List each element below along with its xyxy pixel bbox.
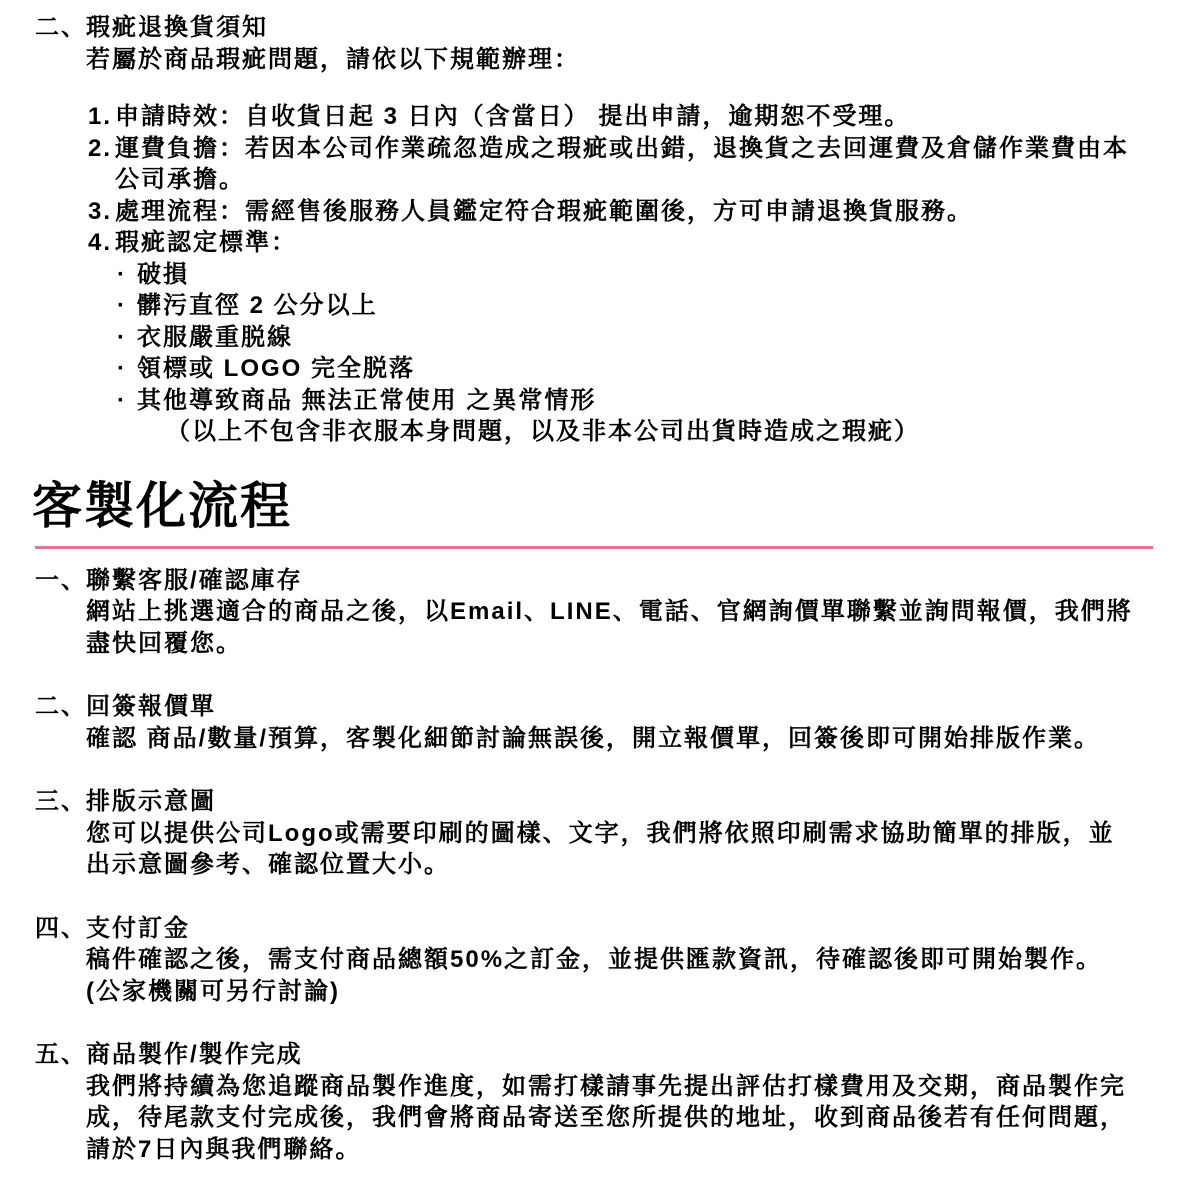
step-1-number: 一、 <box>35 565 86 597</box>
pink-divider <box>35 546 1153 549</box>
step-3: 三、 排版示意圖 您可以提供公司Logo或需要印刷的圖樣、文字，我們將依照印刷需… <box>35 786 1153 881</box>
defect-item-2: 2. 運費負擔：若因本公司作業疏忽造成之瑕疵或出錯，退換貨之去回運費及倉儲作業費… <box>88 133 1153 196</box>
defect-section: 二、 瑕疵退換貨須知 若屬於商品瑕疵問題，請依以下規範辦理： 1. 申請時效：自… <box>35 12 1153 448</box>
step-1-header: 一、 聯繫客服/確認庫存 <box>35 565 1153 597</box>
step-4: 四、 支付訂金 稿件確認之後，需支付商品總額50%之訂金，並提供匯款資訊，待確認… <box>35 913 1153 1008</box>
defect-bullet-3-text: 衣服嚴重脱線 <box>137 322 293 354</box>
step-5-header: 五、 商品製作/製作完成 <box>35 1039 1153 1071</box>
step-5-body: 我們將持續為您追蹤商品製作進度，如需打樣請事先提出評估打樣費用及交期，商品製作完… <box>86 1071 1153 1166</box>
step-5: 五、 商品製作/製作完成 我們將持續為您追蹤商品製作進度，如需打樣請事先提出評估… <box>35 1039 1153 1165</box>
defect-section-header: 二、 瑕疵退換貨須知 <box>35 12 1153 44</box>
document-page: 二、 瑕疵退換貨須知 若屬於商品瑕疵問題，請依以下規範辦理： 1. 申請時效：自… <box>0 0 1181 1181</box>
defect-bullet-1-text: 破損 <box>137 259 189 291</box>
step-1-title: 聯繫客服/確認庫存 <box>86 565 303 597</box>
defect-item-1-text: 申請時效：自收貨日起 3 日內（含當日） 提出申請，逾期恕不受理。 <box>115 101 910 133</box>
defect-item-4-number: 4. <box>88 227 115 259</box>
step-2-number: 二、 <box>35 691 86 723</box>
defect-bullet-4: · 領標或 LOGO 完全脱落 <box>117 353 1153 385</box>
defect-bullet-note: （以上不包含非衣服本身問題，以及非本公司出貨時造成之瑕疵） <box>166 416 1153 448</box>
step-2: 二、 回簽報價單 確認 商品/數量/預算，客製化細節討論無誤後，開立報價單，回簽… <box>35 691 1153 754</box>
step-3-title: 排版示意圖 <box>86 786 216 818</box>
defect-section-number: 二、 <box>35 12 86 44</box>
bullet-dot-icon: · <box>117 385 137 417</box>
step-4-header: 四、 支付訂金 <box>35 913 1153 945</box>
step-4-body: 稿件確認之後，需支付商品總額50%之訂金，並提供匯款資訊，待確認後即可開始製作。… <box>86 944 1153 1007</box>
defect-bullet-list: · 破損 · 髒污直徑 2 公分以上 · 衣服嚴重脱線 · 領標或 LOGO 完… <box>117 259 1153 448</box>
step-3-body: 您可以提供公司Logo或需要印刷的圖樣、文字，我們將依照印刷需求協助簡單的排版，… <box>86 818 1153 881</box>
defect-bullet-1: · 破損 <box>117 259 1153 291</box>
defect-bullet-2-text: 髒污直徑 2 公分以上 <box>137 290 378 322</box>
step-4-title: 支付訂金 <box>86 913 190 945</box>
defect-item-1: 1. 申請時效：自收貨日起 3 日內（含當日） 提出申請，逾期恕不受理。 <box>88 101 1153 133</box>
step-1-body: 網站上挑選適合的商品之後，以Email、LINE、電話、官網詢價單聯繫並詢問報價… <box>86 596 1153 659</box>
step-4-number: 四、 <box>35 913 86 945</box>
bullet-dot-icon: · <box>117 290 137 322</box>
defect-item-2-text: 運費負擔：若因本公司作業疏忽造成之瑕疵或出錯，退換貨之去回運費及倉儲作業費由本 … <box>115 133 1129 196</box>
defect-bullet-5-text: 其他導致商品 無法正常使用 之異常情形 <box>137 385 596 417</box>
customization-steps: 一、 聯繫客服/確認庫存 網站上挑選適合的商品之後，以Email、LINE、電話… <box>35 565 1153 1166</box>
step-5-number: 五、 <box>35 1039 86 1071</box>
step-2-body: 確認 商品/數量/預算，客製化細節討論無誤後，開立報價單，回簽後即可開始排版作業… <box>86 723 1153 755</box>
step-5-title: 商品製作/製作完成 <box>86 1039 303 1071</box>
step-3-header: 三、 排版示意圖 <box>35 786 1153 818</box>
bullet-dot-icon: · <box>117 259 137 291</box>
defect-item-3: 3. 處理流程：需經售後服務人員鑑定符合瑕疵範圍後，方可申請退換貨服務。 <box>88 196 1153 228</box>
defect-numbered-list: 1. 申請時效：自收貨日起 3 日內（含當日） 提出申請，逾期恕不受理。 2. … <box>88 101 1153 448</box>
step-2-header: 二、 回簽報價單 <box>35 691 1153 723</box>
defect-section-title: 瑕疵退換貨須知 <box>86 12 268 44</box>
defect-item-3-number: 3. <box>88 196 115 228</box>
defect-item-3-text: 處理流程：需經售後服務人員鑑定符合瑕疵範圍後，方可申請退換貨服務。 <box>115 196 973 228</box>
bullet-dot-icon: · <box>117 353 137 385</box>
step-1: 一、 聯繫客服/確認庫存 網站上挑選適合的商品之後，以Email、LINE、電話… <box>35 565 1153 660</box>
defect-bullet-3: · 衣服嚴重脱線 <box>117 322 1153 354</box>
bullet-dot-icon: · <box>117 322 137 354</box>
step-2-title: 回簽報價單 <box>86 691 216 723</box>
defect-item-1-number: 1. <box>88 101 115 133</box>
step-3-number: 三、 <box>35 786 86 818</box>
customization-heading: 客製化流程 <box>32 478 1153 535</box>
defect-item-4-text: 瑕疵認定標準： <box>115 227 297 259</box>
defect-bullet-4-text: 領標或 LOGO 完全脱落 <box>137 353 415 385</box>
defect-bullet-2: · 髒污直徑 2 公分以上 <box>117 290 1153 322</box>
defect-bullet-5: · 其他導致商品 無法正常使用 之異常情形 <box>117 385 1153 417</box>
defect-intro: 若屬於商品瑕疵問題，請依以下規範辦理： <box>86 44 1153 76</box>
defect-item-2-number: 2. <box>88 133 115 165</box>
defect-item-4: 4. 瑕疵認定標準： <box>88 227 1153 259</box>
